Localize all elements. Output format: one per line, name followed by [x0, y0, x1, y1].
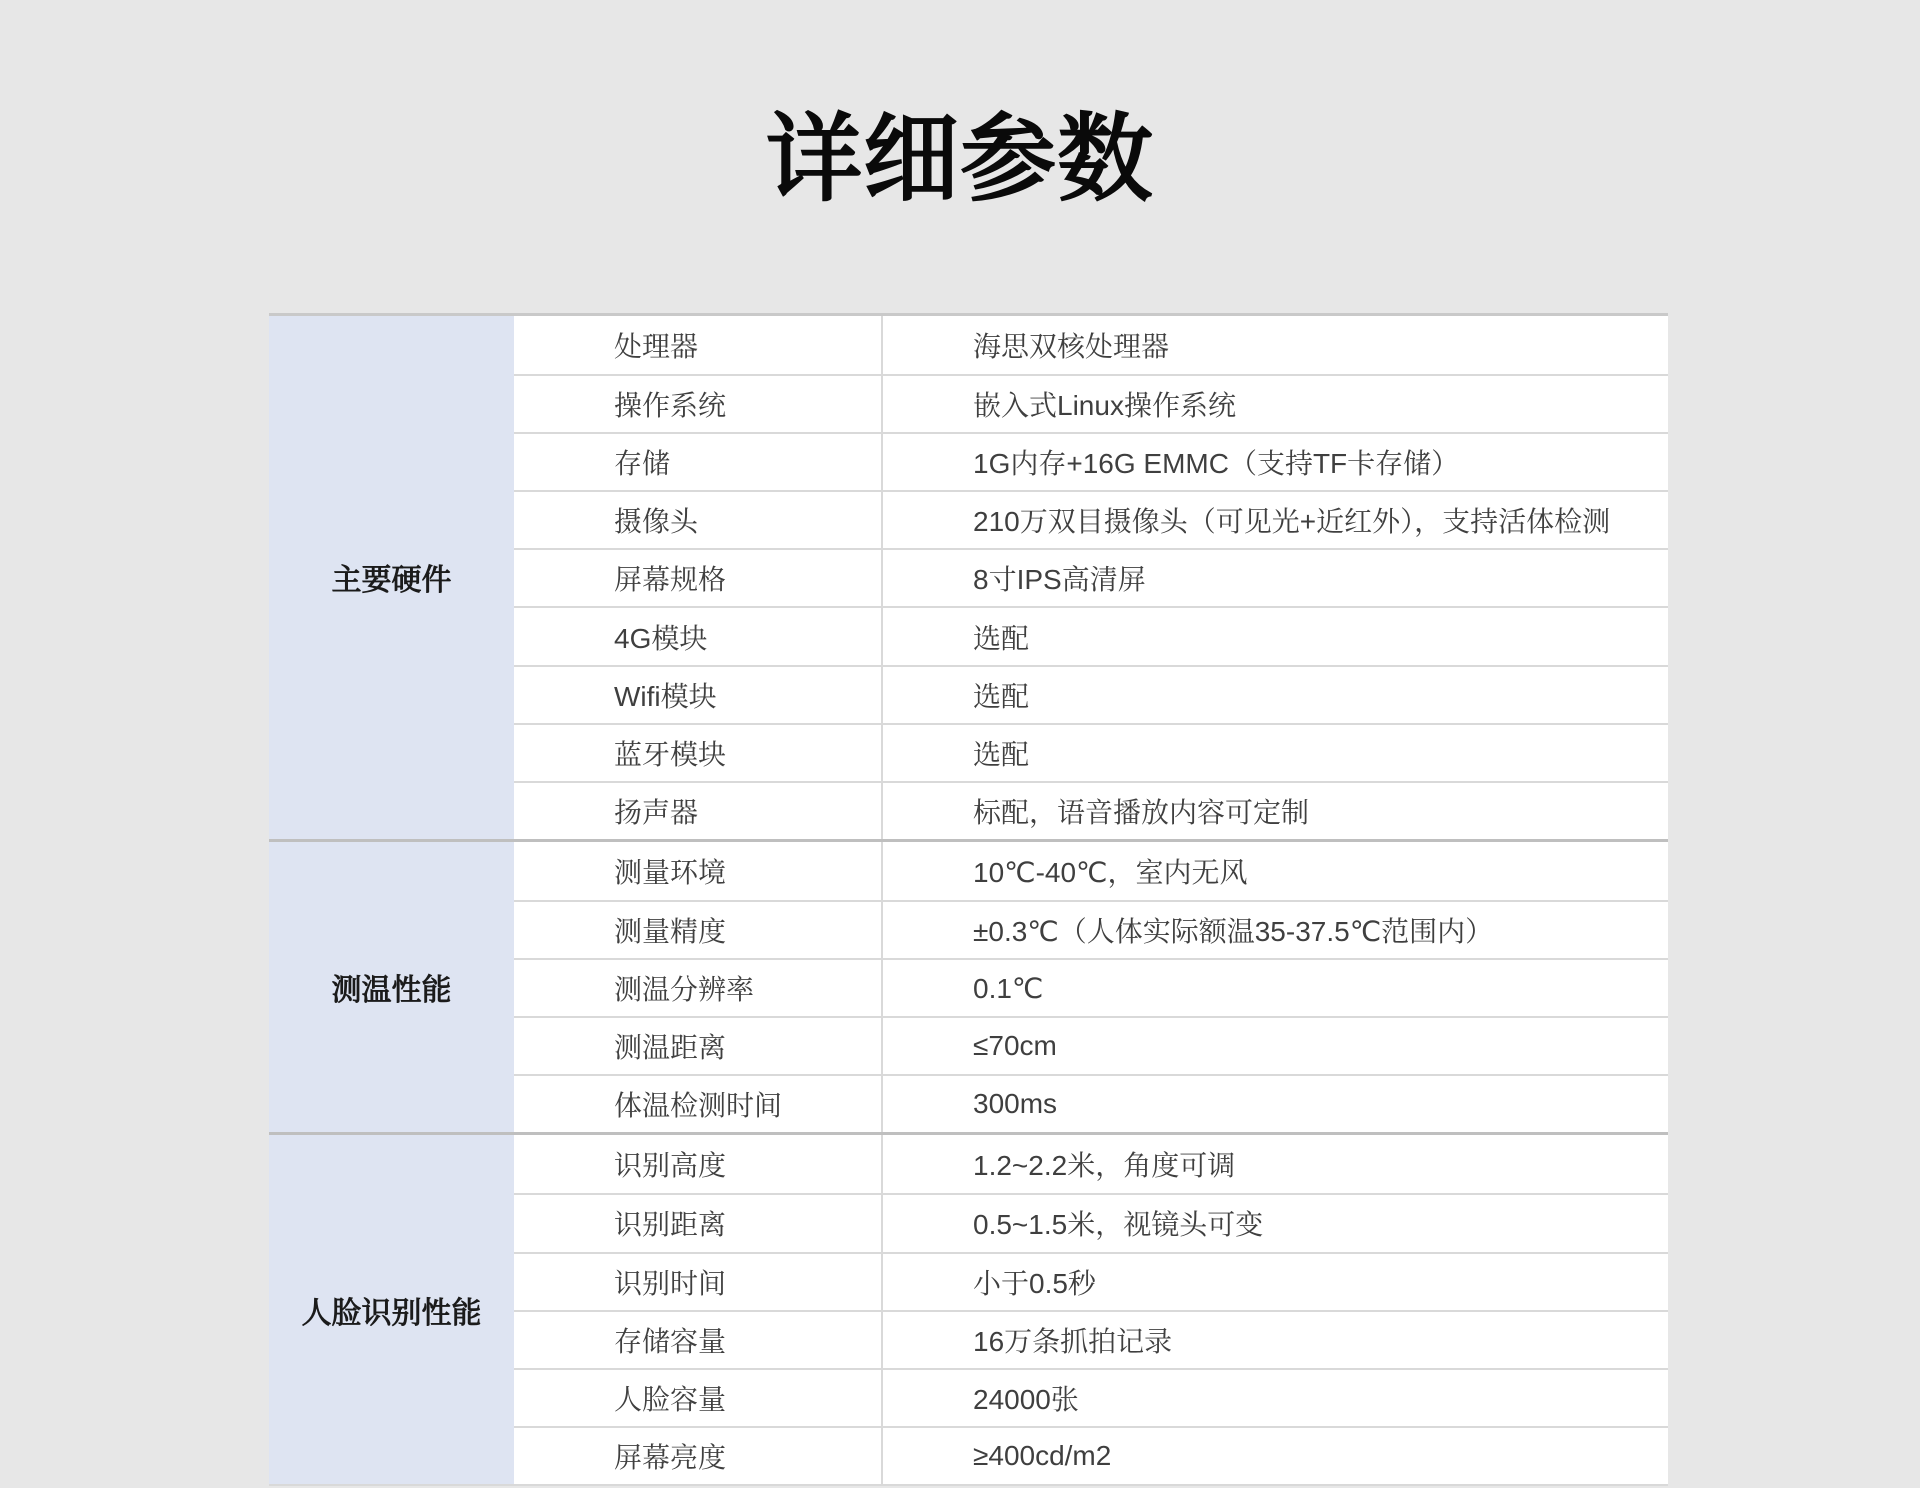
spec-row-value: 16万条抓拍记录	[883, 1312, 1668, 1368]
spec-row: 测量精度 ±0.3℃（人体实际额温35-37.5℃范围内）	[514, 900, 1668, 958]
spec-row-label: 蓝牙模块	[514, 725, 883, 781]
spec-row: Wifi模块 选配	[514, 665, 1668, 723]
spec-row: 测量环境 10℃-40℃，室内无风	[514, 842, 1668, 900]
spec-row-label: 存储容量	[514, 1312, 883, 1368]
spec-row-value: 8寸IPS高清屏	[883, 550, 1668, 606]
spec-row-value: 0.5~1.5米，视镜头可变	[883, 1195, 1668, 1251]
spec-row-label: 测温分辨率	[514, 960, 883, 1016]
spec-row-value: 嵌入式Linux操作系统	[883, 376, 1668, 432]
spec-section: 人脸识别性能 识别高度 1.2~2.2米，角度可调 识别距离 0.5~1.5米，…	[269, 1132, 1668, 1484]
spec-row: 4G模块 选配	[514, 606, 1668, 664]
section-label: 主要硬件	[269, 316, 514, 839]
spec-row: 屏幕规格 8寸IPS高清屏	[514, 548, 1668, 606]
spec-row: 识别距离 0.5~1.5米，视镜头可变	[514, 1193, 1668, 1251]
spec-row: 扬声器 标配，语音播放内容可定制	[514, 781, 1668, 839]
spec-row-label: 测量环境	[514, 842, 883, 900]
spec-row-label: 摄像头	[514, 492, 883, 548]
spec-row-label: 人脸容量	[514, 1370, 883, 1426]
spec-row-value: 标配，语音播放内容可定制	[883, 783, 1668, 839]
spec-row: 测温距离 ≤70cm	[514, 1016, 1668, 1074]
spec-row-value: 1G内存+16G EMMC（支持TF卡存储）	[883, 434, 1668, 490]
spec-row: 操作系统 嵌入式Linux操作系统	[514, 374, 1668, 432]
spec-row-value: 10℃-40℃，室内无风	[883, 842, 1668, 900]
spec-row-value: 300ms	[883, 1076, 1668, 1132]
spec-row: 识别时间 小于0.5秒	[514, 1252, 1668, 1310]
spec-row-label: 识别距离	[514, 1195, 883, 1251]
spec-section: 测温性能 测量环境 10℃-40℃，室内无风 测量精度 ±0.3℃（人体实际额温…	[269, 839, 1668, 1132]
spec-row-label: 测量精度	[514, 902, 883, 958]
spec-row-value: 小于0.5秒	[883, 1254, 1668, 1310]
spec-row: 体温检测时间 300ms	[514, 1074, 1668, 1132]
spec-row: 测温分辨率 0.1℃	[514, 958, 1668, 1016]
spec-row-label: 体温检测时间	[514, 1076, 883, 1132]
spec-row-value: 210万双目摄像头（可见光+近红外），支持活体检测	[883, 492, 1668, 548]
spec-row-label: 测温距离	[514, 1018, 883, 1074]
spec-row-value: ≥400cd/m2	[883, 1428, 1668, 1484]
spec-row-label: 4G模块	[514, 608, 883, 664]
spec-row-value: 1.2~2.2米，角度可调	[883, 1135, 1668, 1193]
spec-row: 处理器 海思双核处理器	[514, 316, 1668, 374]
spec-row-value: ±0.3℃（人体实际额温35-37.5℃范围内）	[883, 902, 1668, 958]
section-rows: 处理器 海思双核处理器 操作系统 嵌入式Linux操作系统 存储 1G内存+16…	[514, 316, 1668, 839]
spec-row-value: 0.1℃	[883, 960, 1668, 1016]
spec-row: 存储 1G内存+16G EMMC（支持TF卡存储）	[514, 432, 1668, 490]
spec-row: 识别高度 1.2~2.2米，角度可调	[514, 1135, 1668, 1193]
spec-row-label: Wifi模块	[514, 667, 883, 723]
spec-row-label: 存储	[514, 434, 883, 490]
spec-row-value: 选配	[883, 608, 1668, 664]
spec-row: 人脸容量 24000张	[514, 1368, 1668, 1426]
spec-row: 蓝牙模块 选配	[514, 723, 1668, 781]
spec-row-label: 识别高度	[514, 1135, 883, 1193]
spec-row: 存储容量 16万条抓拍记录	[514, 1310, 1668, 1368]
section-rows: 识别高度 1.2~2.2米，角度可调 识别距离 0.5~1.5米，视镜头可变 识…	[514, 1135, 1668, 1484]
spec-row: 摄像头 210万双目摄像头（可见光+近红外），支持活体检测	[514, 490, 1668, 548]
spec-table: 主要硬件 处理器 海思双核处理器 操作系统 嵌入式Linux操作系统 存储 1G…	[269, 313, 1668, 1486]
spec-row: 屏幕亮度 ≥400cd/m2	[514, 1426, 1668, 1484]
spec-row-value: ≤70cm	[883, 1018, 1668, 1074]
spec-row-label: 操作系统	[514, 376, 883, 432]
page-title: 详细参数	[0, 112, 1920, 208]
spec-section: 主要硬件 处理器 海思双核处理器 操作系统 嵌入式Linux操作系统 存储 1G…	[269, 316, 1668, 839]
spec-row-label: 处理器	[514, 316, 883, 374]
spec-row-value: 选配	[883, 725, 1668, 781]
spec-row-value: 选配	[883, 667, 1668, 723]
spec-row-value: 海思双核处理器	[883, 316, 1668, 374]
spec-row-label: 扬声器	[514, 783, 883, 839]
spec-row-label: 屏幕亮度	[514, 1428, 883, 1484]
spec-row-label: 屏幕规格	[514, 550, 883, 606]
section-label: 测温性能	[269, 842, 514, 1132]
section-rows: 测量环境 10℃-40℃，室内无风 测量精度 ±0.3℃（人体实际额温35-37…	[514, 842, 1668, 1132]
spec-row-label: 识别时间	[514, 1254, 883, 1310]
section-label: 人脸识别性能	[269, 1135, 514, 1484]
spec-row-value: 24000张	[883, 1370, 1668, 1426]
